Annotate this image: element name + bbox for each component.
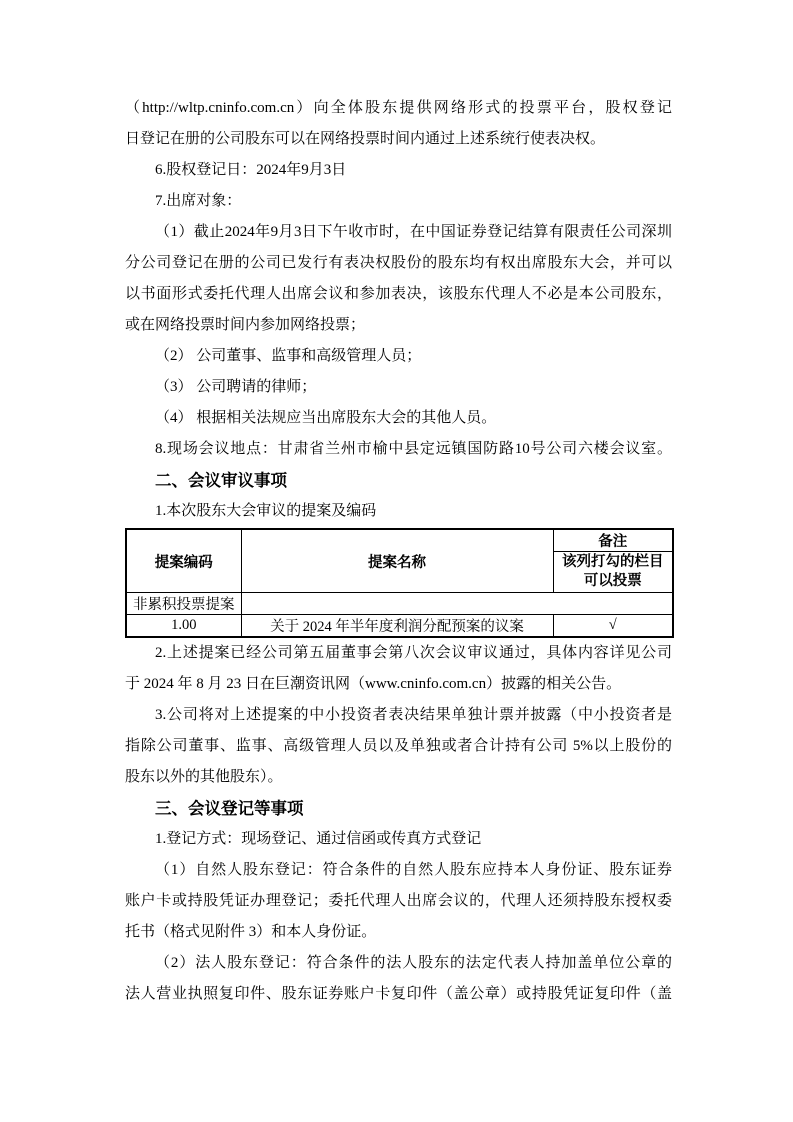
table-header-row: 提案编码 提案名称 备注 xyxy=(126,529,673,552)
table-cell: 关于 2024 年半年度利润分配预案的议案 xyxy=(241,615,553,638)
doc-line: 8.现场会议地点：甘肃省兰州市榆中县定远镇国防路10号公司六楼会议室。 xyxy=(125,434,672,465)
table-header-proposal-name: 提案名称 xyxy=(241,529,553,593)
proposal-table-body: 提案编码 提案名称 备注 该列打勾的栏目 可以投票 非累积投票提案1.00关于 … xyxy=(126,529,673,637)
doc-line: （1）截止2024年9月3日下午收市时，在中国证券登记结算有限责任公司深圳 xyxy=(125,217,672,248)
doc-line: 1.本次股东大会审议的提案及编码 xyxy=(125,496,672,527)
doc-line: 以书面形式委托代理人出席会议和参加表决，该股东代理人不必是本公司股东， xyxy=(125,279,672,310)
table-row: 非累积投票提案 xyxy=(126,593,673,615)
doc-line: 6.股权登记日：2024年9月3日 xyxy=(125,155,672,186)
section-heading: 三、会议登记等事项 xyxy=(125,793,672,824)
doc-line: 指除公司董事、监事、高级管理人员以及单独或者合计持有公司 5%以上股份的 xyxy=(125,731,672,762)
table-row: 1.00关于 2024 年半年度利润分配预案的议案√ xyxy=(126,615,673,638)
table-cell xyxy=(241,593,673,615)
doc-line: 股东以外的其他股东）。 xyxy=(125,762,672,793)
doc-line: （2） 公司董事、监事和高级管理人员； xyxy=(125,341,672,372)
doc-line: 于 2024 年 8 月 23 日在巨潮资讯网（www.cninfo.com.c… xyxy=(125,669,672,700)
doc-line: 7.出席对象： xyxy=(125,186,672,217)
table-cell: √ xyxy=(553,615,673,638)
proposal-table: 提案编码 提案名称 备注 该列打勾的栏目 可以投票 非累积投票提案1.00关于 … xyxy=(125,528,674,638)
doc-line: （1）自然人股东登记：符合条件的自然人股东应持本人身份证、股东证券 xyxy=(125,855,672,886)
doc-line: 日登记在册的公司股东可以在网络投票时间内通过上述系统行使表决权。 xyxy=(125,124,672,155)
doc-line: 账户卡或持股凭证办理登记；委托代理人出席会议的，代理人还须持股东授权委 xyxy=(125,886,672,917)
table-header-proposal-code: 提案编码 xyxy=(126,529,241,593)
table-header-remark-note: 该列打勾的栏目 可以投票 xyxy=(553,552,673,593)
doc-line: （http://wltp.cninfo.com.cn）向全体股东提供网络形式的投… xyxy=(125,93,672,124)
doc-line: （4） 根据相关法规应当出席股东大会的其他人员。 xyxy=(125,403,672,434)
paragraph-block-top: （http://wltp.cninfo.com.cn）向全体股东提供网络形式的投… xyxy=(125,93,672,527)
doc-line: 法人营业执照复印件、股东证券账户卡复印件（盖公章）或持股凭证复印件（盖 xyxy=(125,979,672,1010)
doc-line: 3.公司将对上述提案的中小投资者表决结果单独计票并披露（中小投资者是 xyxy=(125,700,672,731)
doc-line: 2.上述提案已经公司第五届董事会第八次会议审议通过，具体内容详见公司 xyxy=(125,638,672,669)
doc-line: （2）法人股东登记：符合条件的法人股东的法定代表人持加盖单位公章的 xyxy=(125,948,672,979)
doc-line: （3） 公司聘请的律师； xyxy=(125,372,672,403)
paragraph-block-bottom: 2.上述提案已经公司第五届董事会第八次会议审议通过，具体内容详见公司于 2024… xyxy=(125,638,672,1010)
doc-line: 托书（格式见附件 3）和本人身份证。 xyxy=(125,917,672,948)
doc-line: 或在网络投票时间内参加网络投票； xyxy=(125,310,672,341)
table-cell: 1.00 xyxy=(126,615,241,638)
document-page: （http://wltp.cninfo.com.cn）向全体股东提供网络形式的投… xyxy=(0,0,793,1122)
doc-line: 1.登记方式：现场登记、通过信函或传真方式登记 xyxy=(125,824,672,855)
document-content: （http://wltp.cninfo.com.cn）向全体股东提供网络形式的投… xyxy=(125,93,672,1010)
doc-line: 分公司登记在册的公司已发行有表决权股份的股东均有权出席股东大会，并可以 xyxy=(125,248,672,279)
table-header-remark: 备注 xyxy=(553,529,673,552)
section-heading: 二、会议审议事项 xyxy=(125,465,672,496)
table-cell: 非累积投票提案 xyxy=(126,593,241,615)
